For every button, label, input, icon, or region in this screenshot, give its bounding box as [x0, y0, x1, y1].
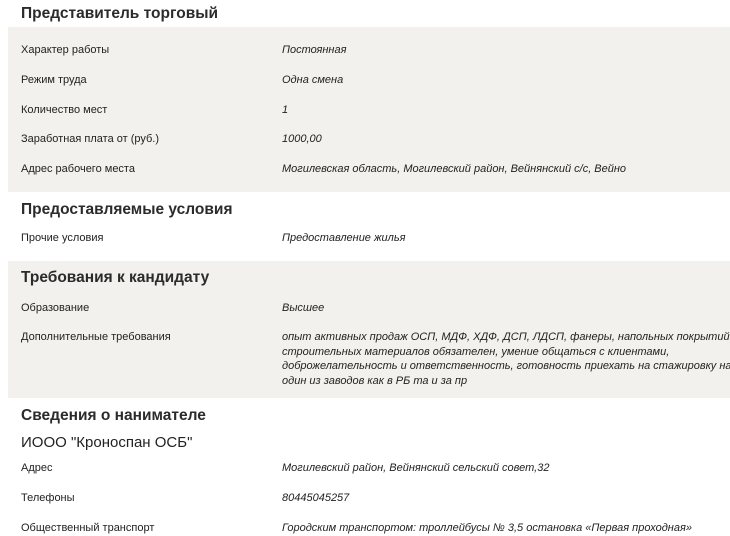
section-conditions: Предоставляемые условия Прочие условия П… — [8, 192, 730, 261]
detail-label: Адрес — [21, 461, 53, 476]
detail-value: Одна смена — [282, 73, 730, 88]
detail-value: 1 — [282, 103, 730, 118]
employer-name: ИООО "Кроноспан ОСБ" — [21, 434, 192, 451]
section-requirements: Требования к кандидату Образование Высше… — [8, 261, 730, 398]
detail-label: Адрес рабочего места — [21, 162, 135, 177]
detail-value: Могилевская область, Могилевский район, … — [282, 162, 730, 177]
detail-value: 1000,00 — [282, 132, 730, 147]
section-job-details: Характер работы Постоянная Режим труда О… — [8, 27, 730, 192]
detail-label: Режим труда — [21, 73, 87, 88]
detail-label: Прочие условия — [21, 231, 103, 246]
section-title-conditions: Предоставляемые условия — [21, 201, 233, 219]
section-title-position: Представитель торговый — [21, 5, 218, 23]
detail-value: опыт активных продаж ОСП, МДФ, ХДФ, ДСП,… — [282, 330, 730, 388]
detail-label: Количество мест — [21, 103, 107, 118]
detail-value: Постоянная — [282, 43, 730, 58]
detail-value: Могилевский район, Вейнянский сельский с… — [282, 461, 730, 476]
detail-value: Городским транспортом: троллейбусы № 3,5… — [282, 521, 730, 536]
section-employer: Сведения о нанимателе ИООО "Кроноспан ОС… — [8, 398, 730, 536]
detail-label: Характер работы — [21, 43, 109, 58]
detail-label: Образование — [21, 301, 89, 316]
detail-label: Дополнительные требования — [21, 330, 171, 345]
detail-label: Телефоны — [21, 491, 75, 506]
detail-value: Предоставление жилья — [282, 231, 730, 246]
detail-value: 80445045257 — [282, 491, 730, 506]
detail-value: Высшее — [282, 301, 730, 316]
section-title-employer: Сведения о нанимателе — [21, 407, 206, 425]
detail-label: Общественный транспорт — [21, 521, 154, 536]
section-title-requirements: Требования к кандидату — [21, 269, 209, 287]
detail-label: Заработная плата от (руб.) — [21, 132, 159, 147]
